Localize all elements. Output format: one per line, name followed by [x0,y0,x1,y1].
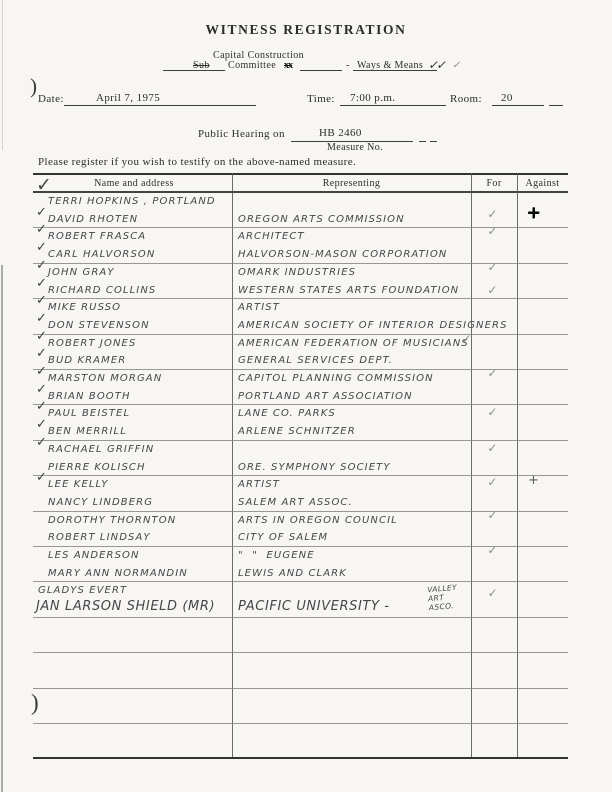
table-row: ✓LEE KELLYARTIST✓+ [36,473,568,491]
committee-label: Committee [228,60,276,71]
date-value: April 7, 1975 [96,92,160,104]
for-check-icon: ✓ [484,508,502,522]
witness-name: ROBERT JONES [48,338,136,349]
check-icon: ✓ [452,60,461,71]
witness-name: JAN LARSON SHIELD (MR) [36,599,215,614]
handwritten-paren: ) [31,690,39,716]
row-check-icon: ✓ [36,311,48,326]
witness-name: BRIAN BOOTH [48,391,131,402]
for-check-icon: ✓ [484,207,502,221]
representing-text: " " EUGENE [238,550,315,561]
struck-text: xx [284,60,292,71]
committee-name-underline [353,70,437,71]
representing-text: CAPITOL PLANNING COMMISSION [238,373,434,384]
measure-underline-dash [430,141,437,142]
representing-text: ARLENE SCHNITZER [238,426,356,437]
representing-text: WESTERN STATES ARTS FOUNDATION [238,285,459,296]
witness-name: JOHN GRAY [48,267,115,278]
representing-text: OMARK INDUSTRIES [238,267,356,278]
measure-underline-dash [419,141,426,142]
row-check-icon: ✓ [36,329,48,344]
table-row-line [33,617,568,618]
scan-edge-artifact [1,265,3,792]
table-row-line [33,652,568,653]
check-icon: ✓✓ [428,58,444,73]
scanned-witness-registration-form: WITNESS REGISTRATION Capital Constructio… [0,0,612,792]
table-row: ✓BUD KRAMERGENERAL SERVICES DEPT. [36,349,568,367]
for-check-icon: ✓ [484,260,502,274]
against-plus-icon: + [524,203,544,223]
row-check-icon: ✓ [36,435,48,450]
row-check-icon: ✓ [36,258,48,273]
representing-text: AMERICAN FEDERATION OF MUSICIANS [238,338,469,349]
row-check-icon: ✓ [36,222,48,237]
witness-name: PIERRE KOLISCH [48,462,146,473]
row-check-icon: ✓ [36,174,53,196]
room-label: Room: [450,93,482,105]
table-row: JAN LARSON SHIELD (MR)PACIFIC UNIVERSITY… [36,597,568,615]
hearing-label: Public Hearing on [198,128,285,140]
row-check-icon: ✓ [36,470,48,485]
table-row: ✓RACHAEL GRIFFIN✓ [36,438,568,456]
table-row: MARY ANN NORMANDINLEWIS AND CLARK [36,562,568,580]
dash: - [346,60,350,71]
table-row: ✓MIKE RUSSOARTIST [36,296,568,314]
room-value: 20 [501,92,513,104]
table-row: ✓DAVID RHOTENOREGON ARTS COMMISSION✓+ [36,208,568,226]
for-check-icon: ✓ [458,332,476,346]
measure-value: HB 2460 [319,127,362,139]
witness-name: DOROTHY THORNTON [48,515,176,526]
table-row: DOROTHY THORNTONARTS IN OREGON COUNCIL✓ [36,509,568,527]
witness-name: TERRI HOPKINS , PORTLAND [48,196,216,207]
for-check-icon: ✓ [484,543,502,557]
representing-text: ORE. SYMPHONY SOCIETY [238,462,391,473]
representing-annotation: VALLEY ART ASCO. [427,583,459,612]
table-top-border [33,173,568,175]
for-check-icon: ✓ [484,586,502,600]
representing-text: OREGON ARTS COMMISSION [238,214,405,225]
witness-name: RICHARD COLLINS [48,285,156,296]
table-row: ✓CARL HALVORSONHALVORSON-MASON CORPORATI… [36,243,568,261]
representing-text: ARTS IN OREGON COUNCIL [238,515,398,526]
handwritten-paren: ) [30,74,37,99]
witness-name: PAUL BEISTEL [48,408,130,419]
table-row: ROBERT LINDSAYCITY OF SALEM [36,526,568,544]
table-row: ✓PAUL BEISTELLANE CO. PARKS✓ [36,402,568,420]
representing-text: SALEM ART ASSOC. [238,497,353,508]
table-row: NANCY LINDBERGSALEM ART ASSOC. [36,491,568,509]
witness-name: CARL HALVORSON [48,249,156,260]
table-row: ✓RICHARD COLLINSWESTERN STATES ARTS FOUN… [36,279,568,297]
row-check-icon: ✓ [36,293,48,308]
column-header-for: For [471,178,517,189]
column-header-name: Name and address [36,178,232,189]
measure-label: Measure No. [327,142,383,153]
table-row: ✓BRIAN BOOTHPORTLAND ART ASSOCIATION [36,385,568,403]
time-underline [340,105,446,106]
for-check-icon: ✓ [484,366,502,380]
time-value: 7:00 p.m. [350,92,395,104]
row-check-icon: ✓ [36,399,48,414]
representing-text: LANE CO. PARKS [238,408,336,419]
room-underline-2 [549,105,563,106]
table-row-line [33,688,568,689]
witness-name: MIKE RUSSO [48,302,121,313]
witness-name: DAVID RHOTEN [48,214,138,225]
witness-name: LES ANDERSON [48,550,140,561]
for-check-icon: ✓ [484,441,502,455]
representing-text: PORTLAND ART ASSOCIATION [238,391,413,402]
representing-text: GENERAL SERVICES DEPT. [238,355,393,366]
representing-text: CITY OF SALEM [238,532,328,543]
table-row: ✓BEN MERRILLARLENE SCHNITZER [36,420,568,438]
witness-name: MARY ANN NORMANDIN [48,568,188,579]
table-row: ✓MARSTON MORGANCAPITOL PLANNING COMMISSI… [36,367,568,385]
row-check-icon: ✓ [36,346,48,361]
witness-name: NANCY LINDBERG [48,497,153,508]
table-row: ✓JOHN GRAYOMARK INDUSTRIES✓ [36,261,568,279]
representing-text: ARTIST [238,479,280,490]
instruction-text: Please register if you wish to testify o… [38,156,356,168]
table-row: PIERRE KOLISCHORE. SYMPHONY SOCIETY [36,456,568,474]
representing-text: LEWIS AND CLARK [238,568,347,579]
row-check-icon: ✓ [36,240,48,255]
witness-name: ROBERT LINDSAY [48,532,151,543]
witness-name: RACHAEL GRIFFIN [48,444,154,455]
row-check-icon: ✓ [36,382,48,397]
row-check-icon: ✓ [36,276,48,291]
column-header-against: Against [517,178,568,189]
representing-text: ARTIST [238,302,280,313]
representing-text: HALVORSON-MASON CORPORATION [238,249,447,260]
for-check-icon: ✓ [484,405,502,419]
witness-name: LEE KELLY [48,479,108,490]
for-check-icon: ✓ [484,475,502,489]
witness-name: DON STEVENSON [48,320,150,331]
against-plus-icon: + [524,473,544,488]
page-title: WITNESS REGISTRATION [0,22,612,38]
table-bottom-border [33,757,568,759]
for-check-icon: ✓ [484,283,502,297]
column-header-representing: Representing [232,178,471,189]
table-row: ✓ROBERT JONESAMERICAN FEDERATION OF MUSI… [36,332,568,350]
witness-name: MARSTON MORGAN [48,373,162,384]
row-check-icon: ✓ [36,417,48,432]
row-check-icon: ✓ [36,364,48,379]
representing-text: PACIFIC UNIVERSITY - [238,599,390,614]
row-check-icon: ✓ [36,205,48,220]
table-row: ✓DON STEVENSONAMERICAN SOCIETY OF INTERI… [36,314,568,332]
table-row: ✓ROBERT FRASCAARCHITECT✓ [36,225,568,243]
representing-text: ARCHITECT [238,231,305,242]
date-label: Date: [38,93,64,105]
witness-name: GLADYS EVERT [38,585,127,596]
table-row-line [33,723,568,724]
witness-name: ROBERT FRASCA [48,231,146,242]
blank-line [300,70,342,71]
room-underline [492,105,544,106]
time-label: Time: [307,93,335,105]
witness-name: BUD KRAMER [48,355,126,366]
table-row: LES ANDERSON" " EUGENE✓ [36,544,568,562]
sub-label: Sub [193,60,210,71]
for-check-icon: ✓ [484,224,502,238]
date-underline [64,105,256,106]
table-row: ✓TERRI HOPKINS , PORTLAND [36,190,568,208]
witness-name: BEN MERRILL [48,426,127,437]
representing-text: AMERICAN SOCIETY OF INTERIOR DESIGNERS [238,320,508,331]
